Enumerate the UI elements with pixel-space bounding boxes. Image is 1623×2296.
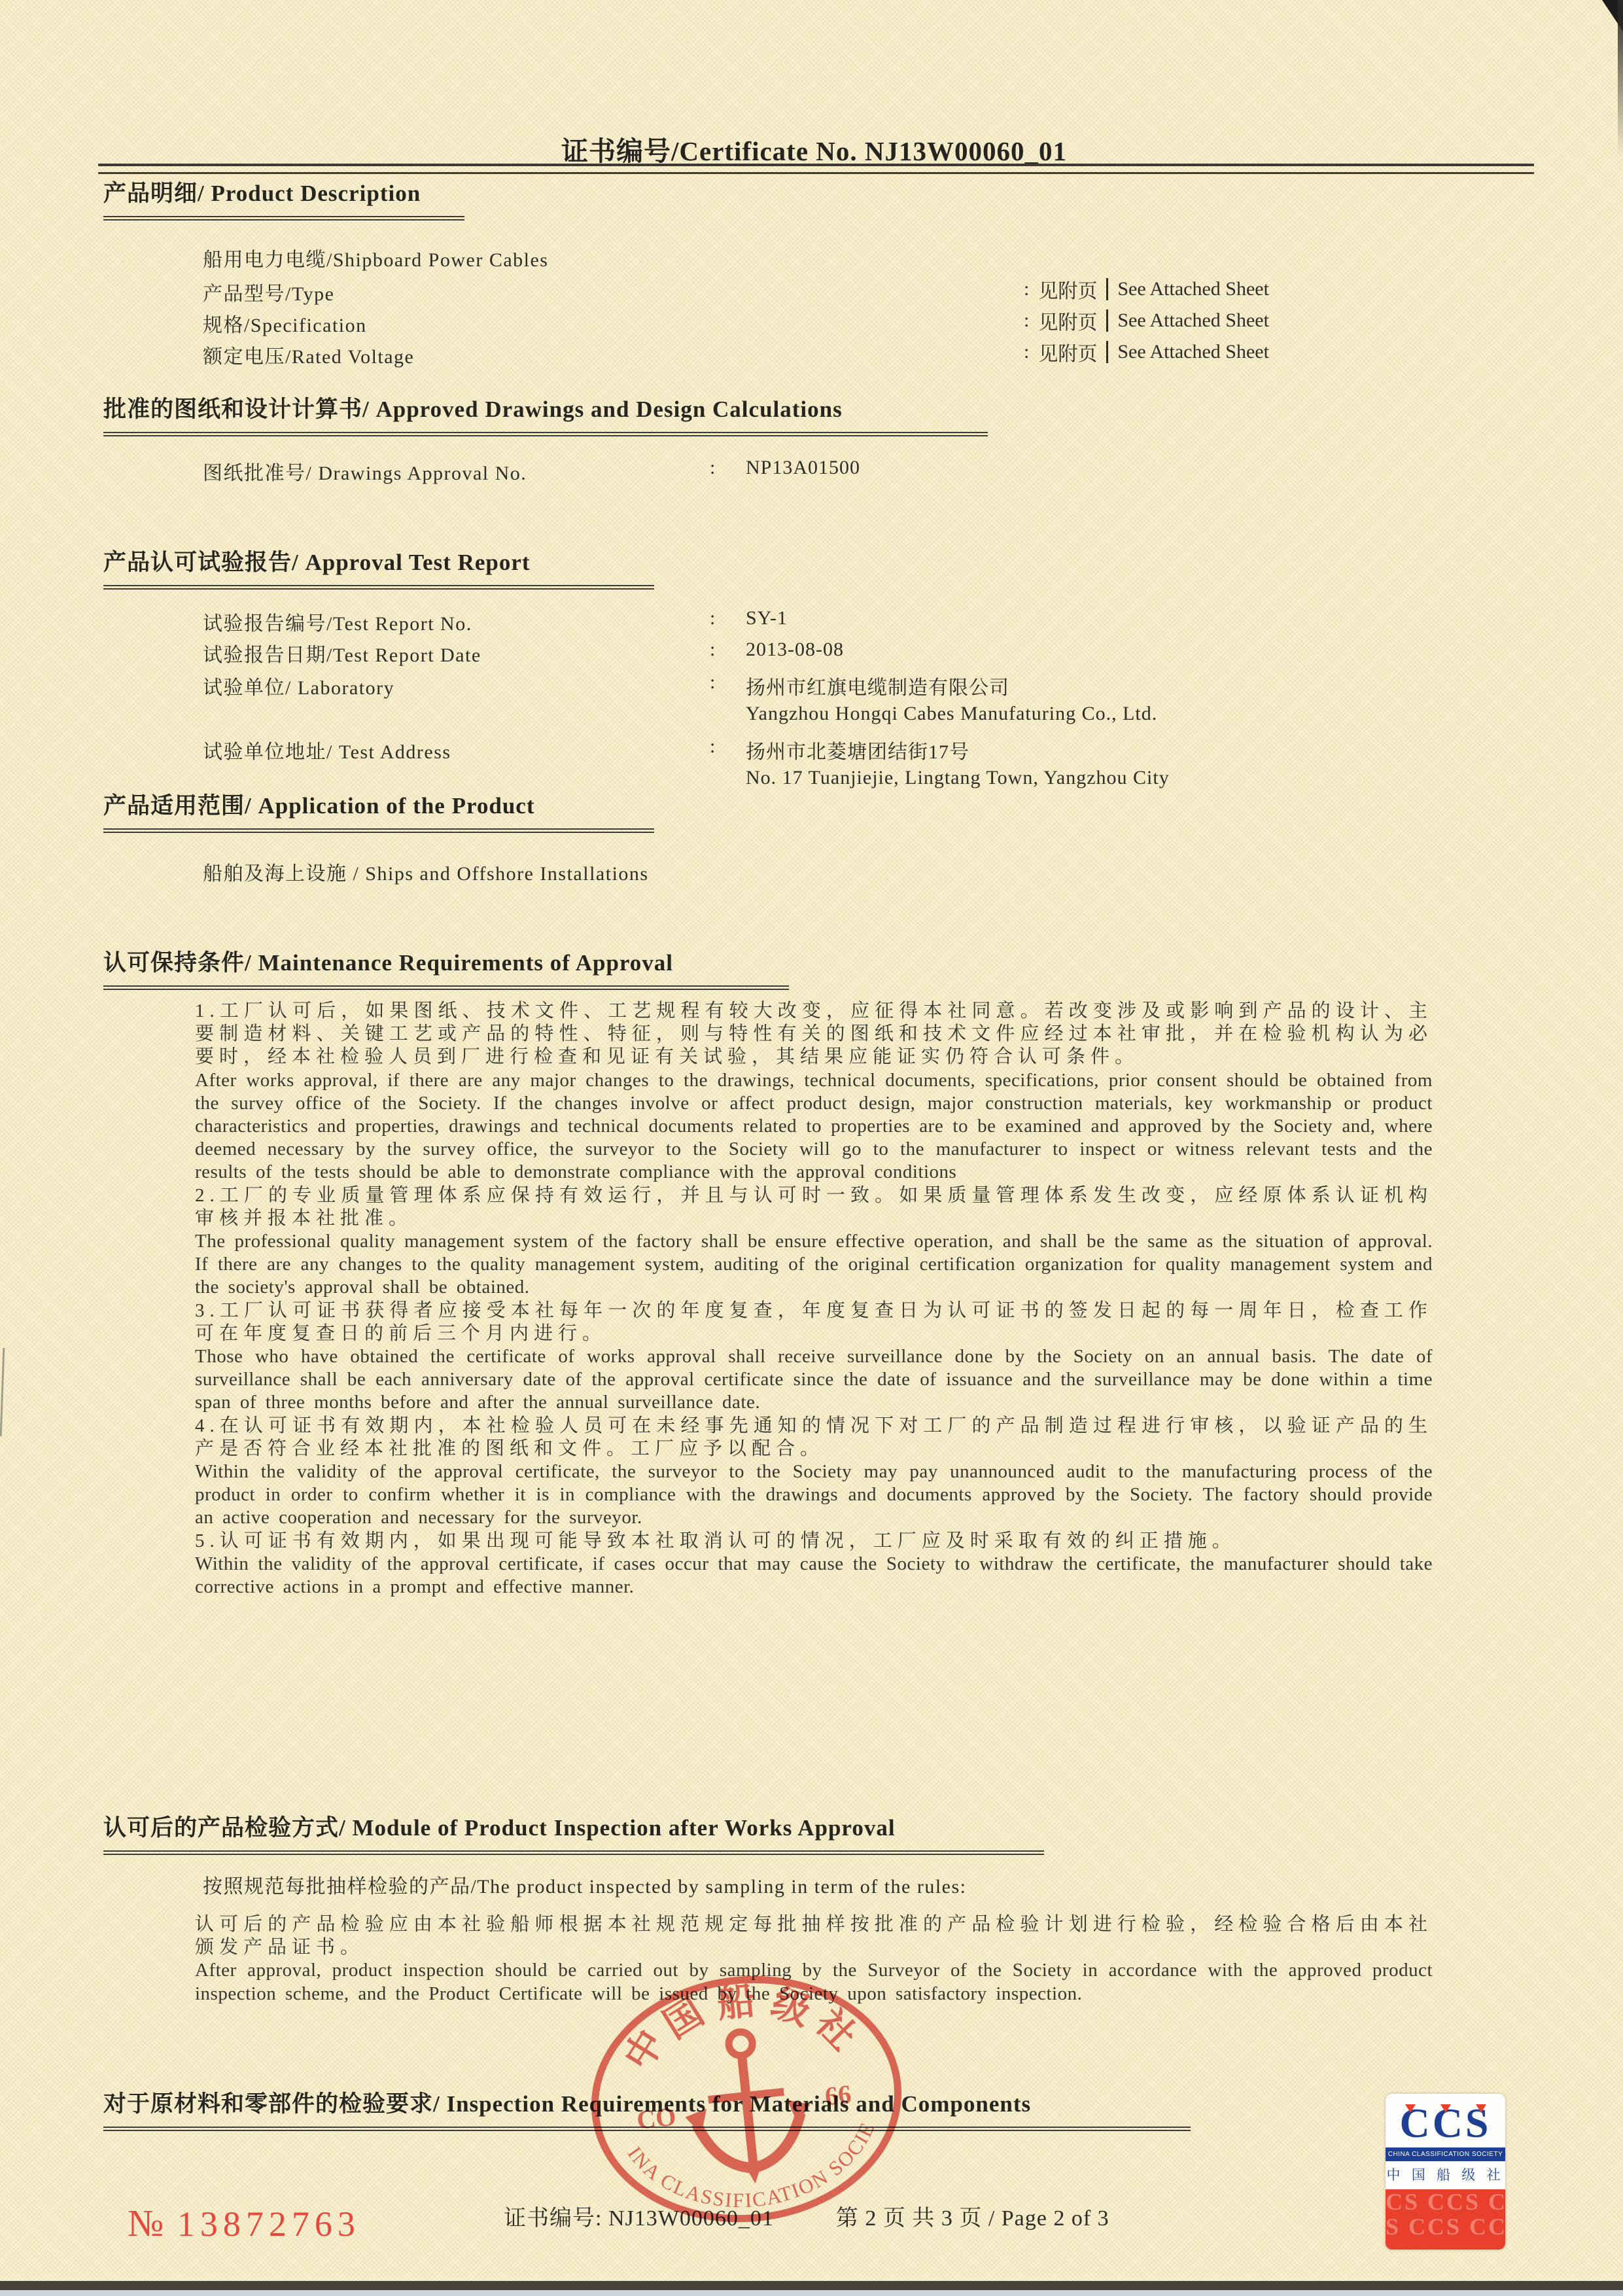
colon: : — [710, 457, 715, 479]
maintenance-paragraph: Within the validity of the approval cert… — [195, 1460, 1433, 1530]
section-heading-approved-drawings: 批准的图纸和设计计算书/ Approved Drawings and Desig… — [103, 391, 988, 436]
section-heading-test-report: 产品认可试验报告/ Approval Test Report — [103, 544, 654, 590]
section-heading-module-inspection: 认可后的产品检验方式/ Module of Product Inspection… — [103, 1810, 1044, 1855]
colon: : — [1024, 278, 1029, 300]
colon: : — [710, 607, 715, 629]
value-en: See Attached Sheet — [1117, 309, 1269, 332]
header-double-rule — [98, 164, 1534, 174]
value-cn: 见附页 — [1038, 338, 1097, 366]
field-value-specification: : 见附页 See Attached Sheet — [1024, 306, 1269, 335]
ccs-en-name: CHINA CLASSIFICATION SOCIETY — [1386, 2147, 1505, 2161]
field-label-drawings-approval-no: 图纸批准号/ Drawings Approval No. — [203, 457, 527, 486]
field-value-type: : 见附页 See Attached Sheet — [1024, 275, 1269, 304]
ccs-oval-stamp: 中 国 船 级 社 CO 66 — [574, 1951, 918, 2247]
stamp-right-code: 66 — [824, 2079, 852, 2111]
ccs-watermark-line: CS CCS C — [1386, 2189, 1505, 2214]
application-text: 船舶及海上设施 / Ships and Offshore Installatio… — [203, 857, 649, 886]
product-name: 船用电力电缆/Shipboard Power Cables — [203, 243, 548, 272]
field-label-specification: 规格/Specification — [203, 309, 367, 338]
section-heading-application: 产品适用范围/ Application of the Product — [103, 788, 654, 833]
field-value-test-address-cn: 扬州市北菱塘团结街17号 — [746, 735, 969, 764]
maintenance-requirements-text: 1.工厂认可后，如果图纸、技术文件、工艺规程有较大改变，应征得本社同意。若改变涉… — [195, 1000, 1433, 1598]
maintenance-paragraph: Within the validity of the approval cert… — [195, 1553, 1433, 1598]
ccs-watermark-line: S CCS CCS — [1386, 2214, 1505, 2239]
maintenance-paragraph: 2.工厂的专业质量管理体系应保持有效运行，并且与认可时一致。如果质量管理体系发生… — [195, 1184, 1433, 1230]
serial-number: № 13872763 — [128, 2201, 360, 2245]
maintenance-paragraph: 3.工厂认可证书获得者应接受本社每年一次的年度复查，年度复查日为认可证书的签发日… — [195, 1299, 1433, 1345]
ccs-logo: CCS CHINA CLASSIFICATION SOCIETY 中 国 船 级… — [1386, 2094, 1505, 2250]
field-value-test-address-en: No. 17 Tuanjiejie, Lingtang Town, Yangzh… — [746, 767, 1170, 789]
maintenance-paragraph: 1.工厂认可后，如果图纸、技术文件、工艺规程有较大改变，应征得本社同意。若改变涉… — [195, 1000, 1433, 1069]
field-value-laboratory-en: Yangzhou Hongqi Cabes Manufaturing Co., … — [746, 703, 1157, 725]
certificate-page: 证书编号/Certificate No. NJ13W00060_01 产品明细/… — [0, 0, 1623, 2296]
certificate-number-header: 证书编号/Certificate No. NJ13W00060_01 — [561, 130, 1067, 168]
divider-bar — [1106, 309, 1108, 332]
field-value-test-report-no: SY-1 — [746, 607, 788, 629]
value-en: See Attached Sheet — [1117, 278, 1269, 300]
value-cn: 见附页 — [1038, 306, 1097, 335]
pencil-mark-artifact — [0, 1348, 5, 1436]
maintenance-paragraph: Those who have obtained the certificate … — [195, 1345, 1433, 1415]
scan-bottom-band — [0, 2281, 1623, 2290]
field-value-rated-voltage: : 见附页 See Attached Sheet — [1024, 338, 1269, 366]
colon: : — [1024, 341, 1029, 363]
ccs-logo-red-band: CS CCS C S CCS CCS — [1386, 2189, 1505, 2250]
field-value-laboratory-cn: 扬州市红旗电缆制造有限公司 — [746, 671, 1009, 700]
maintenance-paragraph: 4.在认可证书有效期内，本社检验人员可在未经事先通知的情况下对工厂的产品制造过程… — [195, 1415, 1433, 1460]
module-inspection-intro: 按照规范每批抽样检验的产品/The product inspected by s… — [203, 1870, 967, 1899]
ccs-logo-top: CCS CHINA CLASSIFICATION SOCIETY 中 国 船 级… — [1386, 2099, 1505, 2195]
colon: : — [710, 735, 715, 758]
divider-bar — [1106, 278, 1108, 300]
field-label-type: 产品型号/Type — [203, 277, 334, 306]
maintenance-paragraph: 5.认可证书有效期内，如果出现可能导致本社取消认可的情况，工厂应及时采取有效的纠… — [195, 1530, 1433, 1553]
maintenance-paragraph: After works approval, if there are any m… — [195, 1069, 1433, 1184]
colon: : — [710, 671, 715, 694]
field-value-test-report-date: 2013-08-08 — [746, 639, 844, 661]
serial-digits: 13872763 — [177, 2204, 360, 2244]
svg-text:船: 船 — [715, 1979, 757, 2026]
value-cn: 见附页 — [1038, 275, 1097, 304]
field-label-rated-voltage: 额定电压/Rated Voltage — [203, 340, 414, 369]
field-value-drawings-approval-no: NP13A01500 — [746, 457, 860, 479]
divider-bar — [1106, 341, 1108, 363]
field-label-laboratory: 试验单位/ Laboratory — [203, 671, 394, 700]
value-en: See Attached Sheet — [1117, 341, 1269, 363]
ccs-oval-stamp-partial: 中 国 船 级 社 CO 66 CHINA CLASSIFICATI — [1498, 847, 1623, 1161]
field-label-test-report-date: 试验报告日期/Test Report Date — [203, 639, 481, 667]
colon: : — [710, 639, 715, 661]
maintenance-paragraph: The professional quality management syst… — [195, 1230, 1433, 1299]
scan-bottom-strip — [0, 2290, 1623, 2296]
field-label-test-report-no: 试验报告编号/Test Report No. — [203, 607, 472, 636]
stamp-left-code: CO — [635, 2102, 677, 2135]
field-label-test-address: 试验单位地址/ Test Address — [203, 735, 451, 764]
anchor-icon — [677, 2026, 818, 2191]
section-heading-maintenance: 认可保持条件/ Maintenance Requirements of Appr… — [103, 945, 789, 990]
ccs-cn-name: 中 国 船 级 社 — [1386, 2164, 1505, 2184]
section-heading-product-description: 产品明细/ Product Description — [103, 175, 464, 221]
colon: : — [1024, 309, 1029, 332]
scan-edge-artifact — [1618, 0, 1623, 157]
serial-prefix: № — [128, 2202, 166, 2244]
